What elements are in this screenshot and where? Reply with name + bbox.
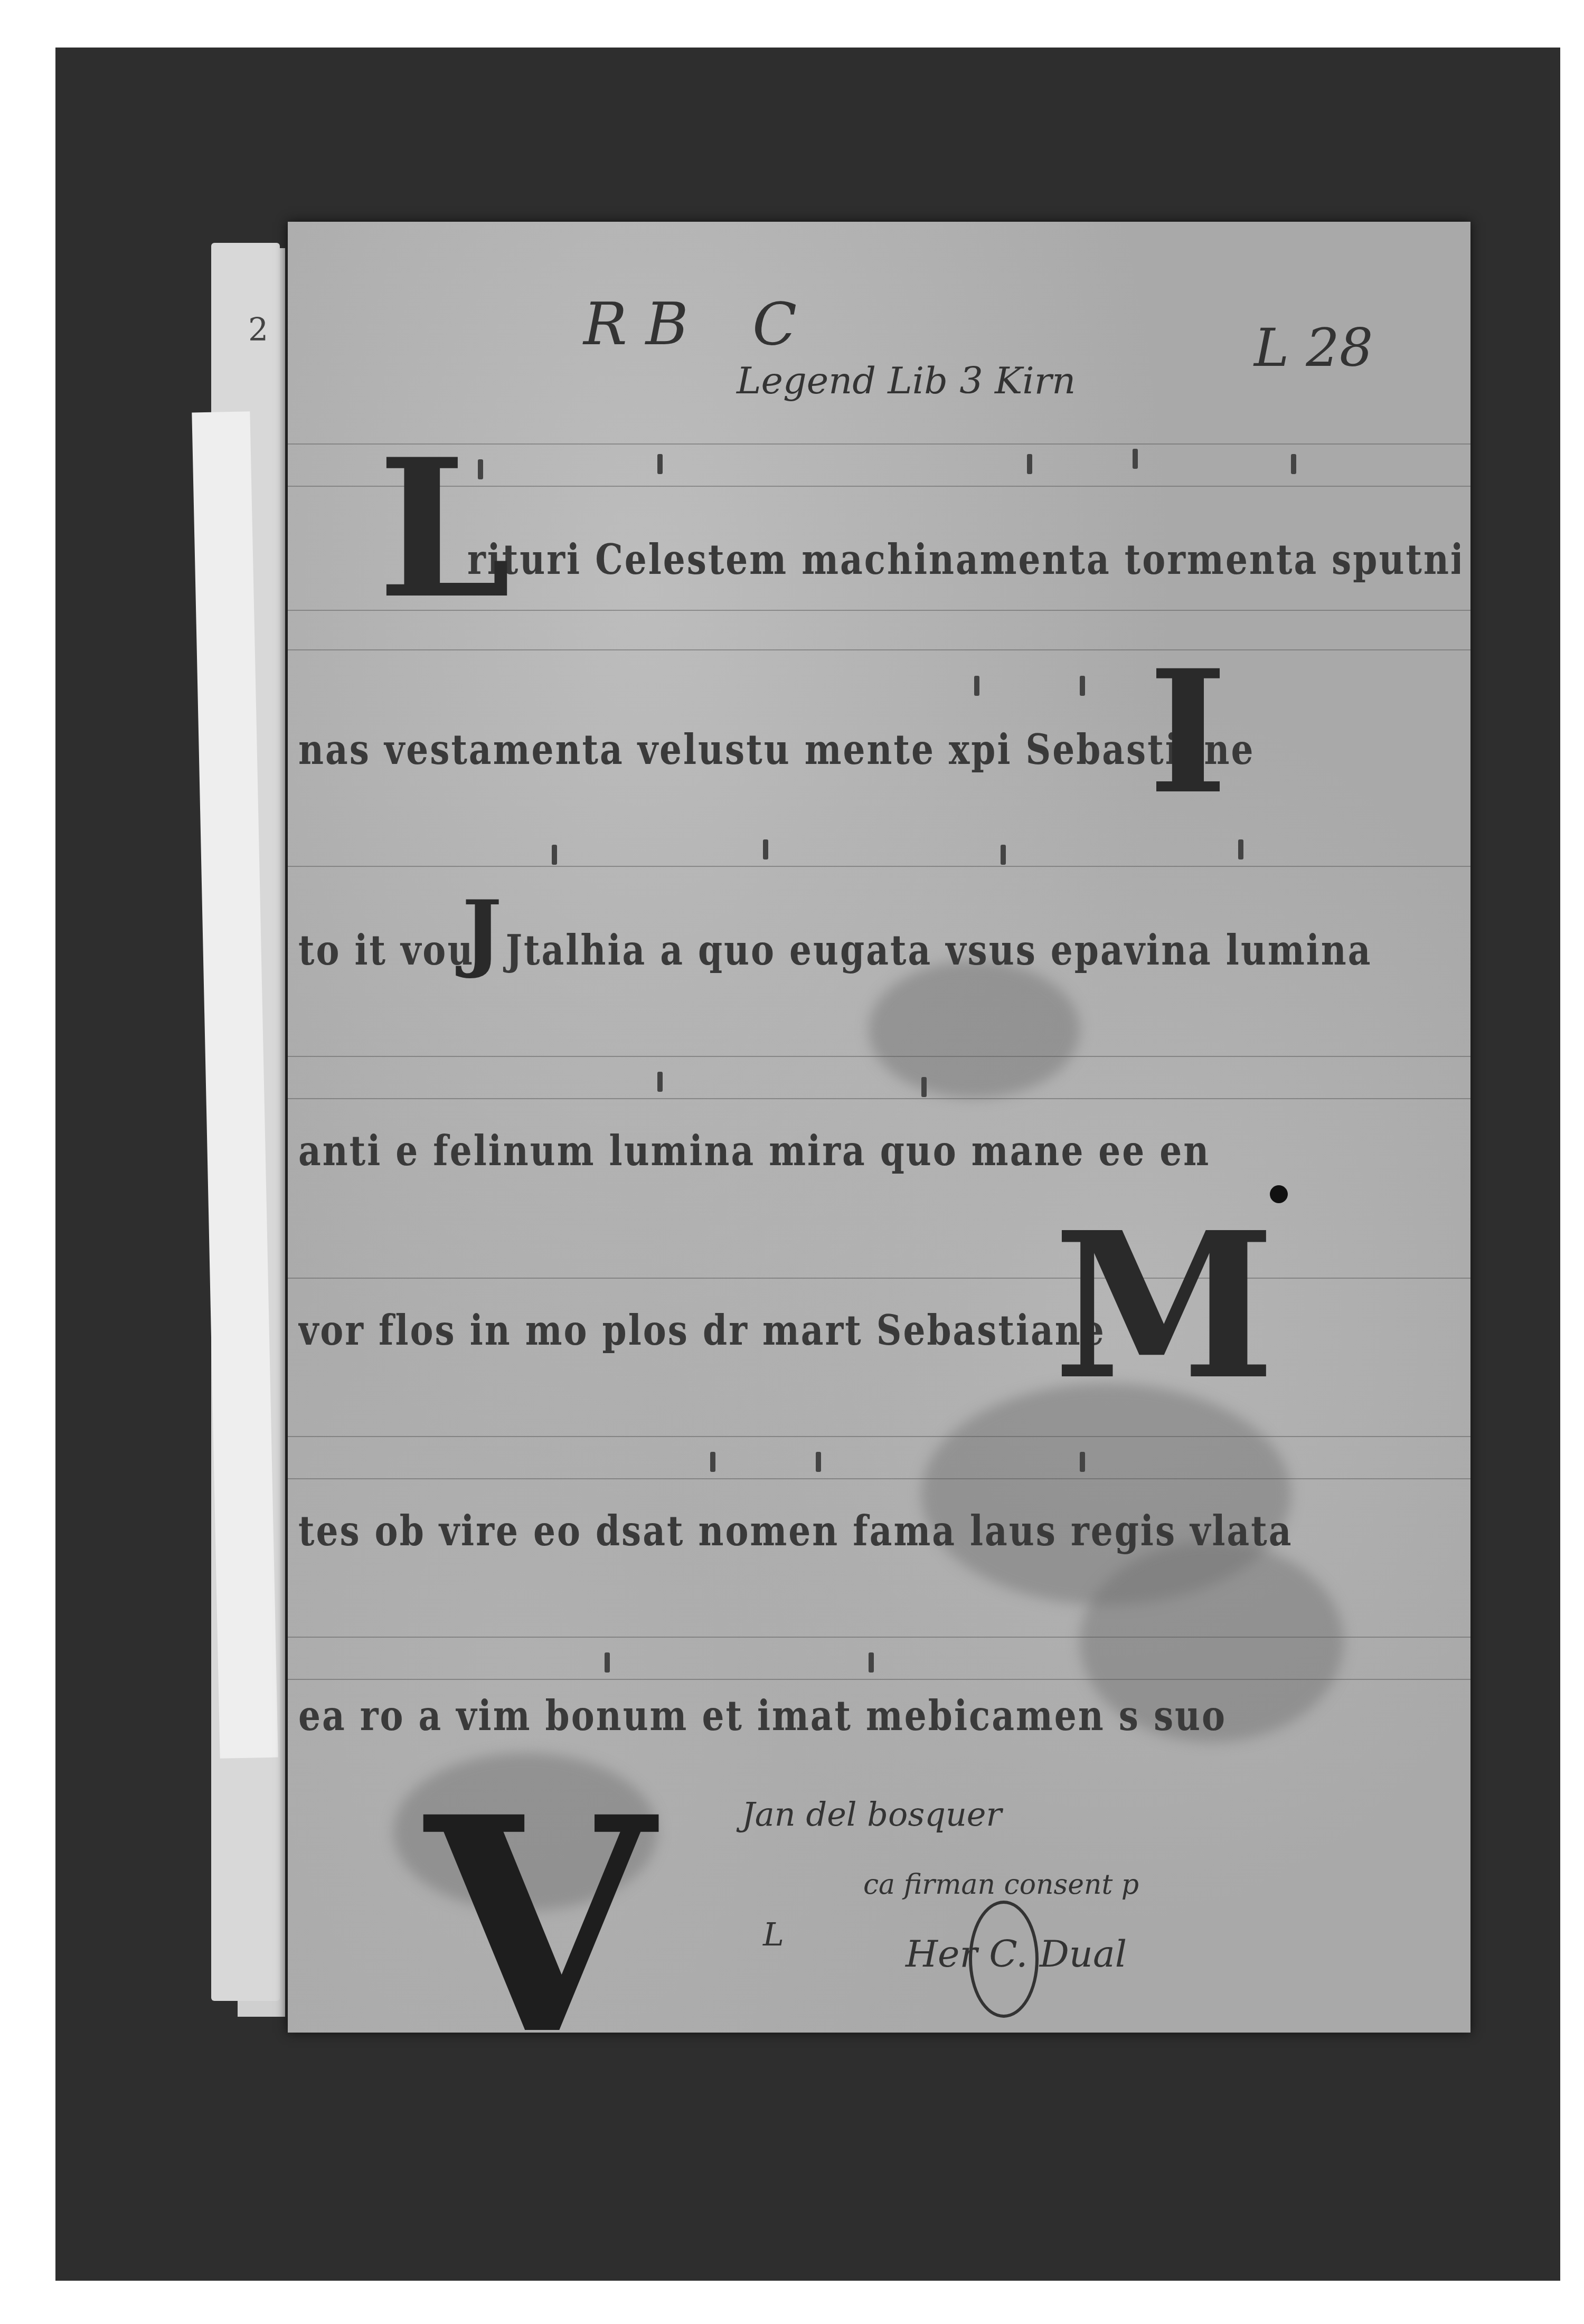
- staff-line: [288, 1098, 1470, 1099]
- staff-line: [288, 1436, 1470, 1437]
- staff-line: [288, 1278, 1470, 1279]
- neume: [921, 1077, 927, 1097]
- staff-line: [288, 1478, 1470, 1479]
- chant-text-line: rituri Celestem machinamenta tormenta sp…: [467, 534, 1460, 584]
- signature-flourish: [969, 1901, 1039, 2018]
- marginal-note: ca firman consent p: [863, 1869, 1139, 1901]
- top-annotation: Legend Lib 3 Kirn: [737, 359, 1076, 402]
- ink-blot: [1270, 1185, 1288, 1203]
- neume: [763, 839, 768, 859]
- neume: [1238, 839, 1243, 859]
- neume: [869, 1652, 874, 1673]
- top-mark: R B: [583, 290, 689, 358]
- decorated-initial: I: [1148, 634, 1228, 832]
- staff-line: [288, 1056, 1470, 1057]
- neume: [974, 676, 979, 696]
- staff-line: [288, 649, 1470, 650]
- staff-line: [288, 866, 1470, 867]
- chant-text-line: anti e felinum lumina mira quo mane ee e…: [298, 1126, 1460, 1175]
- chant-text-line: vor flos in mo plos dr mart Sebastiane: [298, 1305, 1460, 1355]
- water-stain: [869, 961, 1080, 1098]
- decorated-initial: M: [1053, 1188, 1276, 1424]
- neume: [605, 1652, 610, 1673]
- leaf-number: 2: [248, 311, 268, 348]
- decorated-initial: J: [462, 882, 502, 981]
- neume: [1080, 676, 1085, 696]
- marginal-note: Jan del bosquer: [742, 1795, 1002, 1834]
- marginal-note: L: [763, 1916, 784, 1953]
- neume: [552, 845, 557, 865]
- top-mark: C: [752, 290, 797, 358]
- parchment-cover: R B C Legend Lib 3 Kirn L 28 rituri Cele…: [288, 222, 1470, 2033]
- neume: [1291, 454, 1296, 474]
- decorated-initial: L: [378, 417, 511, 640]
- decorated-initial: V: [425, 1753, 655, 2100]
- neume: [657, 454, 663, 474]
- neume: [1001, 845, 1006, 865]
- chant-text-line: tes ob vire eo dsat nomen fama laus regi…: [298, 1506, 1460, 1555]
- neume: [1133, 449, 1138, 469]
- neume: [657, 1072, 663, 1092]
- chant-text-line: nas vestamenta velustu mente xpi Sebasti…: [298, 724, 1460, 774]
- neume: [1027, 454, 1032, 474]
- neume: [816, 1452, 821, 1472]
- staff-line: [288, 1637, 1470, 1638]
- staff-line: [288, 1679, 1470, 1680]
- neume: [1080, 1452, 1085, 1472]
- chant-text-line: ea ro a vim bonum et imat mebicamen s su…: [298, 1690, 1460, 1740]
- top-mark: L 28: [1254, 317, 1373, 379]
- neume: [710, 1452, 715, 1472]
